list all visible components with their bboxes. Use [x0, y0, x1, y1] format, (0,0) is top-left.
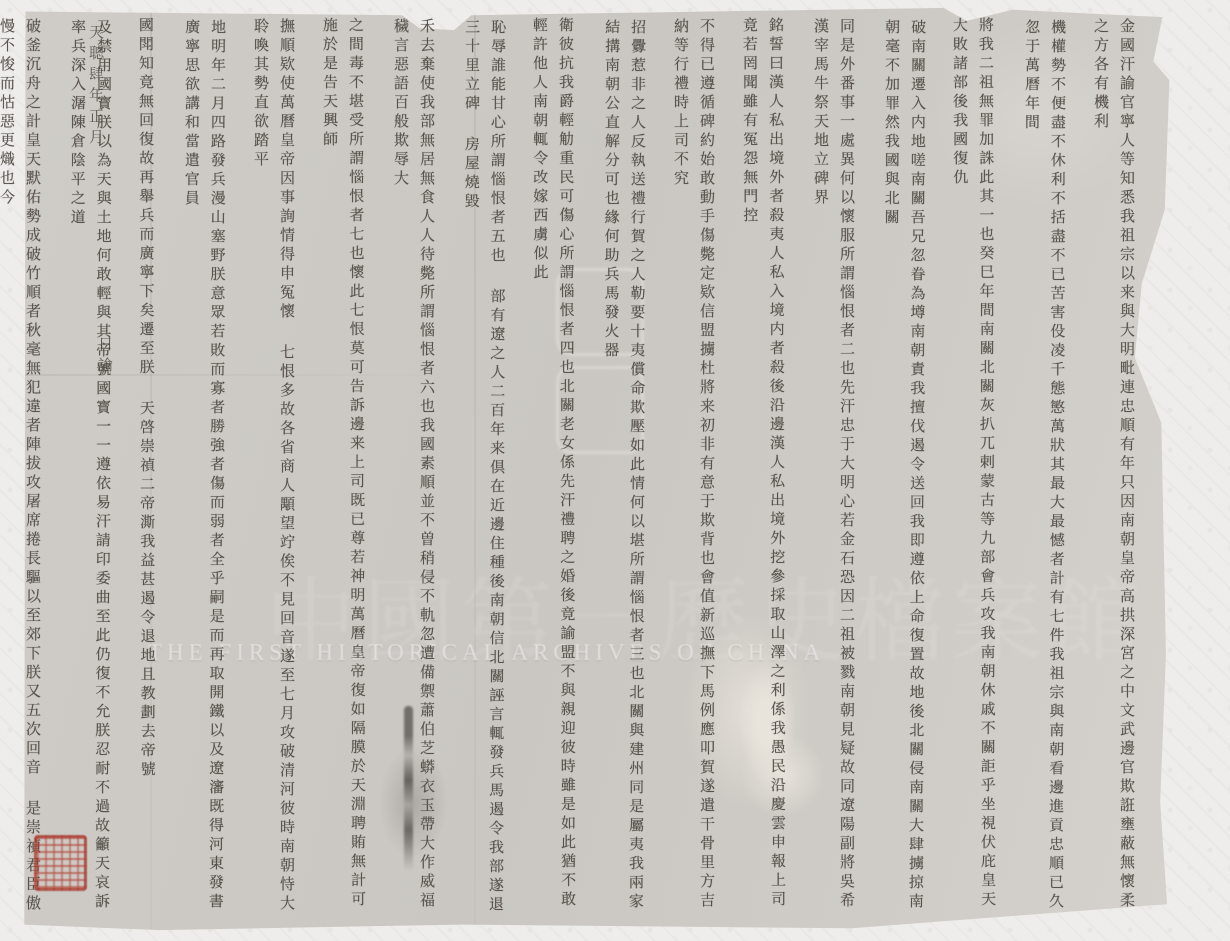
- text-column: 同是外番事一處異何以懷服所謂惱恨者二也先汗忠于大明心若金石恐因二祖被戮南朝見疑故…: [808, 18, 860, 920]
- scanned-photo: 中國第一歷史檔案館 THE FIRST HISTORICAL ARCHIVES …: [0, 0, 1230, 941]
- text-column: 國閗知竟無回復故再舉兵而廣寧下矣遷至朕 天啓崇禎二帝澌我益甚遏令退地且教劃去帝號: [133, 17, 161, 919]
- text-column: 銘誓曰漢人私出境外者殺夷人私入境内者殺後沿邊漢人私出境外挖參採取山澤之利係我愚民…: [737, 17, 791, 919]
- issue-label: 日諭: [95, 336, 116, 378]
- text-column: 將我二祖無罪加誅此其一也癸巳年間南關北關灰扒兀剌蒙古等九部會兵攻我南朝休戚不關詎…: [947, 17, 1001, 919]
- red-seal-stamp: [34, 835, 87, 891]
- text-column: 衛彼抗我爵輕觔重民可傷心所謂惱恨者四也北關老女係先汗禮聘之婚後竟諭盟不與親迎彼時…: [527, 17, 581, 919]
- text-column: 恥辱誰能甘心所謂惱恨者五也 部有遼之人二百年来倶在近邊住種後南朝信北關誣言輒發兵…: [457, 19, 511, 921]
- text-column: 不得已遵循碑約始敢動手傷斃定欵信盟擄杜將来初非有意于欺背也會值新巡撫下馬例應叩賀…: [668, 18, 720, 920]
- date-column: 天聰肆年正月: [86, 24, 107, 150]
- text-column: 禾去棄使我部無居無食人人待斃所謂惱恨者六也我國素順並不曽稍侵不軌忽遭備禦蕭伯芝蟒…: [388, 18, 440, 920]
- manuscript-text: 金國汗諭官寧人等知悉我祖宗以来與大明毗連忠順有年只因南朝皇帝高拱深宮之中文武邊官…: [128, 18, 1140, 920]
- text-column: 機權勢不便盡不休利不括盡不已苦害伇凌千態慜萬狀其最大最憾者計有七件我祖宗與南朝看…: [1017, 19, 1071, 921]
- text-column: 破釜沉舟之計皇天默佑勢成破竹順者秋毫無犯違者陣拔攻屠席捲長驅以至郊下朕又五次回音…: [0, 18, 46, 920]
- text-column: 撫順欵使萬曆皇帝因事詢情得申冤懷 七恨多故各省商人顒望竚俟不見回音遂至七月攻破清…: [248, 18, 300, 920]
- text-column: 及禁用國寳朕以為天與土地何敢輕與其帝號國寳一一遵依易汗請印委曲至此仍復不允朕忍耐…: [63, 19, 117, 921]
- text-column: 金國汗諭官寧人等知悉我祖宗以来與大明毗連忠順有年只因南朝皇帝高拱深宮之中文武邊官…: [1088, 18, 1140, 920]
- text-column: 之間毒不堪受所謂惱恨者七也懷此七恨莫可告訴邊来上司既已尊若神明萬曆皇帝復如隔膜於…: [317, 17, 371, 919]
- text-column: 地明年二月四路發兵漫山塞野朕意眾若敗而寡者勝強者傷而弱者全乎嗣是而再取開鐵以及遼…: [177, 19, 231, 921]
- text-column: 破南關遷入内地嗟南關吾兄忽眷為墫南朝責我擅伐遏令送回我即遵依上命復置故地後北關侵…: [877, 19, 931, 921]
- text-column: 招釁惹非之人反執送禮行賀之人勒要十夷償命欺壓如此情何以堪所謂惱恨者三也北關與建州…: [597, 19, 651, 921]
